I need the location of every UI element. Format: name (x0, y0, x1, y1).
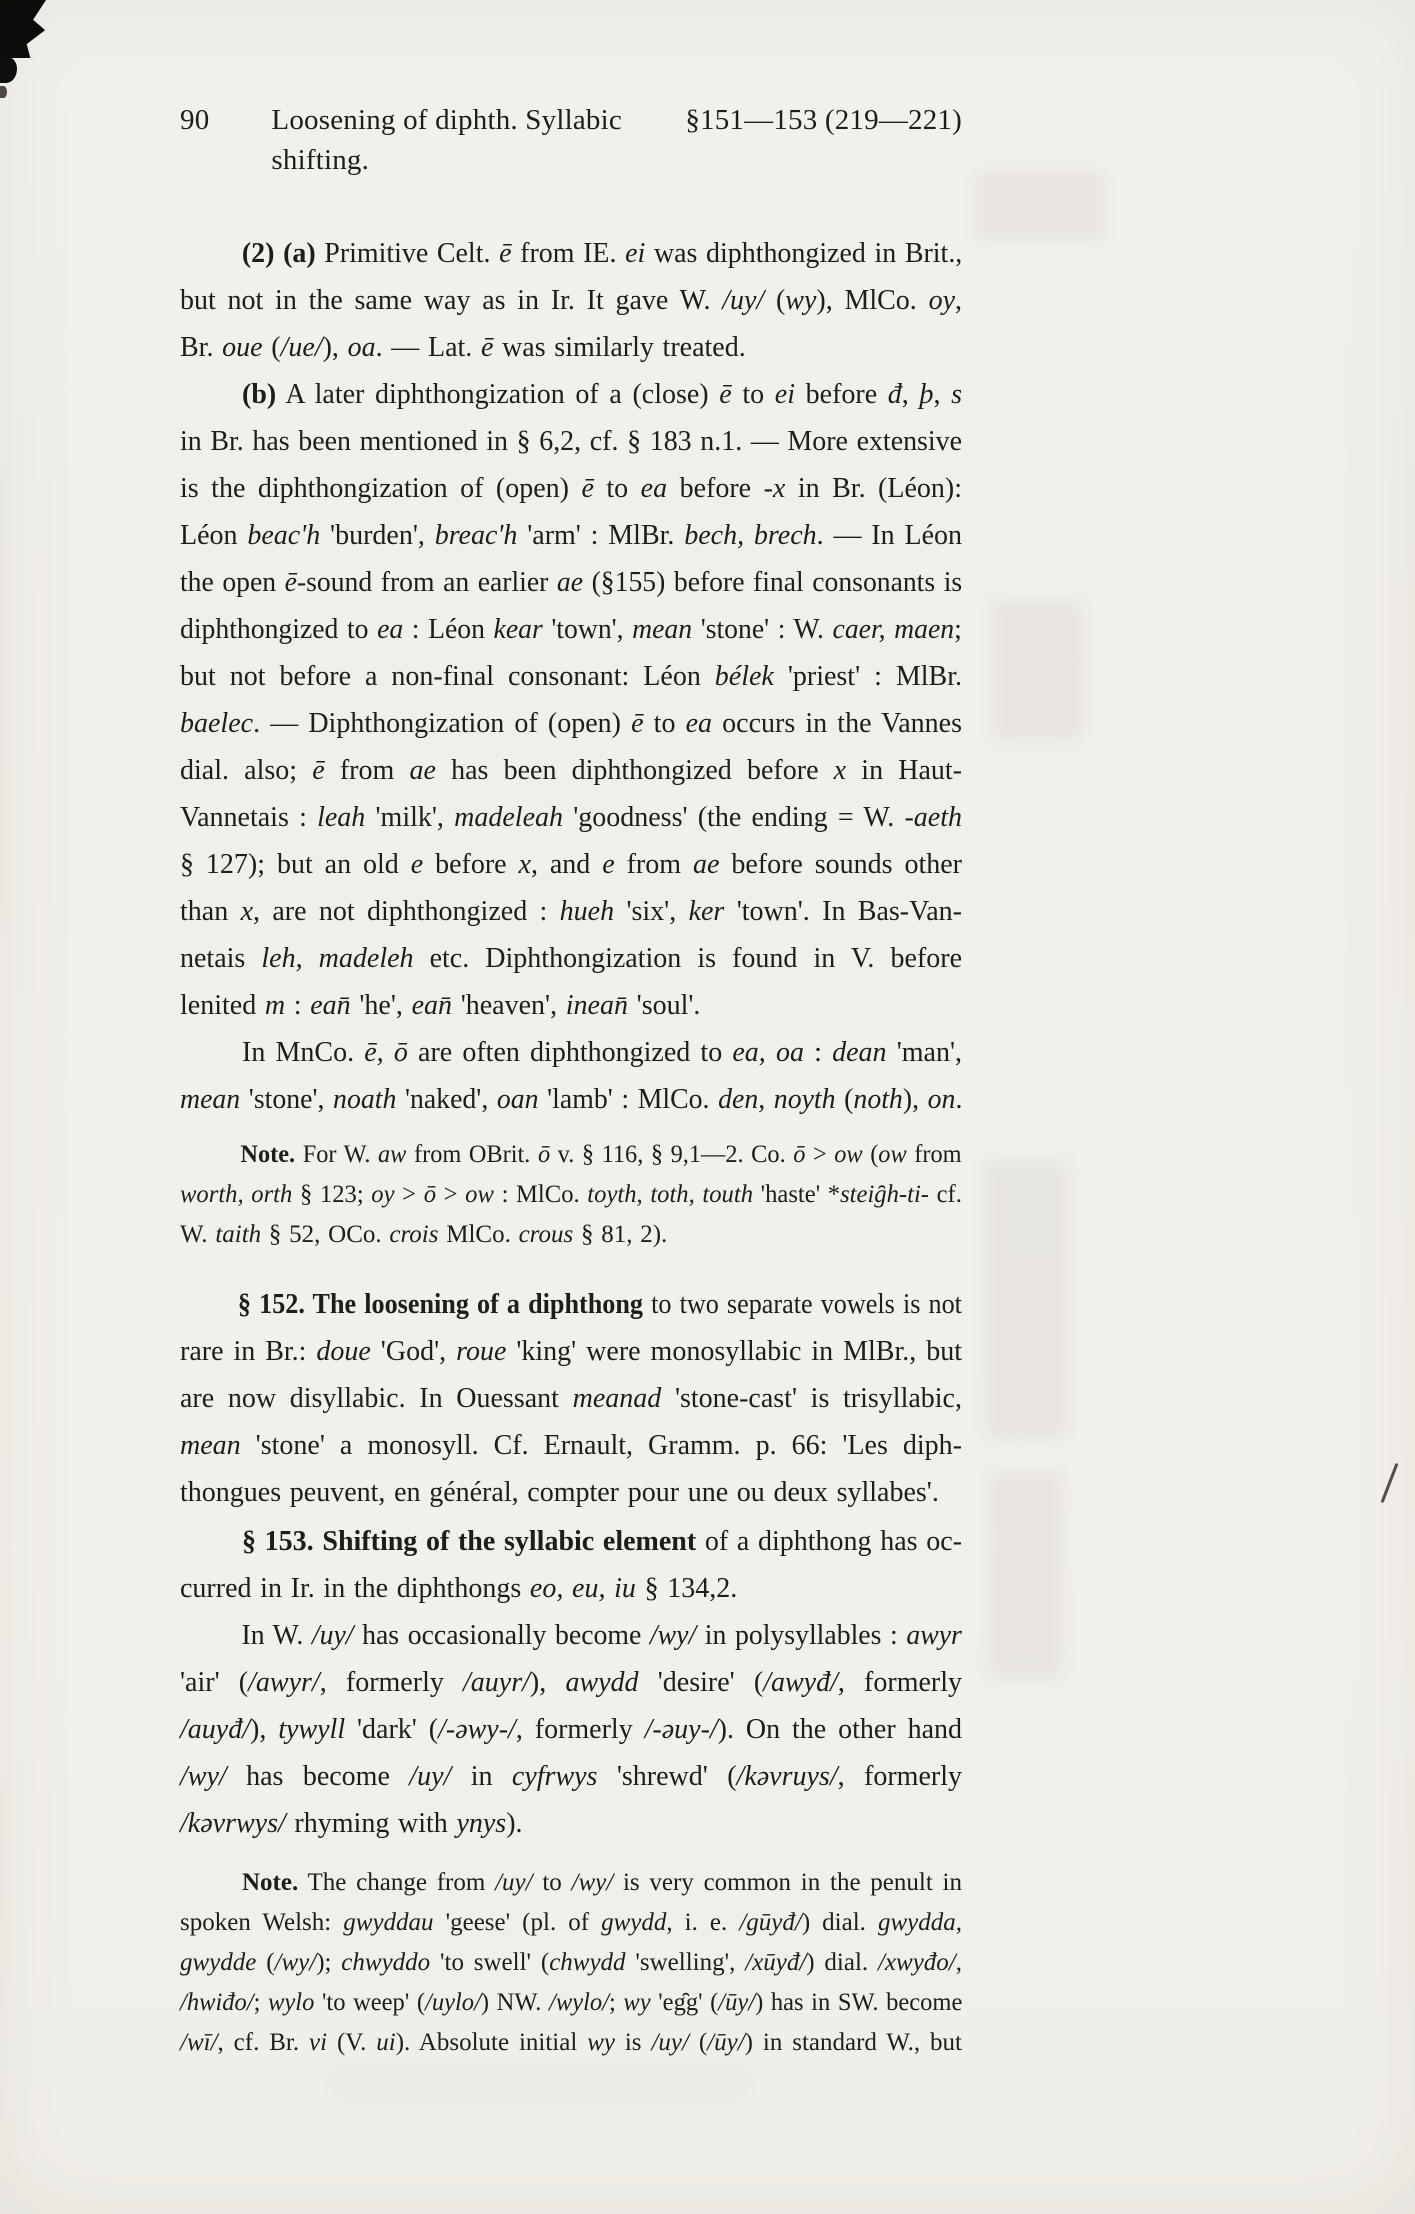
text-run: was diphthongized in Brit., (645, 238, 962, 269)
italic-run: breac'h (435, 520, 518, 551)
text-line: netais leh, madeleh etc. Diphthongizatio… (180, 935, 962, 982)
text-line: /kəvrwys/ rhyming with ynys). (180, 1800, 962, 1847)
text-run: is (615, 2029, 651, 2056)
text-run: 'dark' ( (345, 1714, 438, 1745)
text-line: § 152. The loosening of a diphthong to t… (180, 1281, 911, 1328)
text-line: /wī/, cf. Br. vi (V. ui). Absolute initi… (180, 2023, 962, 2063)
text-run: 'swelling', (626, 1949, 746, 1976)
text-run: spoken Welsh: (180, 1909, 343, 1936)
text-run: before sounds other (719, 849, 962, 880)
scan-edge-nub (0, 57, 17, 83)
italic-run: crous (519, 1221, 574, 1248)
italic-run: mean (180, 1430, 241, 1461)
italic-run: /ue/ (281, 332, 323, 363)
italic-run: gwydde (180, 1949, 256, 1976)
text-run: to (644, 708, 686, 739)
text-line: than x, are not diphthongized : hueh 'si… (180, 888, 962, 935)
bold-run: (2) (a) (242, 238, 316, 269)
italic-run: cyfrwys (512, 1761, 598, 1792)
text-block: 90 Loosening of diphth. Syllabic shiftin… (180, 100, 962, 2063)
text-line: (b) A later diphthongization of a (close… (180, 371, 962, 418)
text-run: of a diphthong has oc- (696, 1526, 962, 1557)
bold-run: Note. (240, 1141, 295, 1168)
italic-run: mean (632, 614, 692, 645)
bleedthrough-ghost (975, 170, 1105, 240)
text-run: 'geese' (pl. of (434, 1909, 602, 1936)
text-run: ( (764, 285, 785, 316)
text-run: rhyming with (286, 1808, 457, 1839)
italic-run: ae (693, 849, 719, 880)
text-run: ) dial. (806, 1949, 878, 1976)
text-line: gwydde (/wy/); chwyddo 'to swell' (chwyd… (180, 1943, 962, 1983)
italic-run: /xūyđ/ (745, 1949, 806, 1976)
running-title: Loosening of diphth. Syllabic shifting. (271, 100, 685, 180)
italic-run: oue (222, 332, 262, 363)
italic-run: ae (409, 755, 435, 786)
text-run: , formerly (516, 1714, 645, 1745)
text-run: 'milk', (365, 802, 454, 833)
italic-run: kear (494, 614, 543, 645)
text-line: mean 'stone', noath 'naked', oan 'lamb' … (180, 1076, 956, 1123)
text-line: baelec. — Diphthongization of (open) ē t… (180, 700, 962, 747)
text-run: curred in Ir. in the diphthongs (180, 1573, 530, 1604)
text-run: MlCo. (438, 1221, 518, 1248)
italic-run: ea, oa (732, 1037, 804, 1068)
italic-run: gwydd (601, 1909, 666, 1936)
italic-run: þ (919, 379, 933, 410)
text-run: 'man', (887, 1037, 962, 1068)
text-run: 'lamb' : MlCo. (539, 1084, 719, 1115)
italic-run: leah (317, 802, 365, 833)
text-line: /auyđ/), tywyll 'dark' (/-əwy-/, formerl… (180, 1706, 962, 1753)
italic-run: noath (333, 1084, 396, 1115)
italic-run: /wy/ (572, 1869, 614, 1896)
italic-run: gwyddau (343, 1909, 433, 1936)
italic-run: chwyddo (341, 1949, 430, 1976)
text-run: 'stone-cast' is trisyllabic, (661, 1383, 962, 1414)
italic-run: /ūy/ (718, 1989, 755, 2016)
text-line: § 153. Shifting of the syllabic element … (180, 1518, 962, 1565)
text-run: has been diphthongized before (436, 755, 834, 786)
italic-run: /uy/ (722, 285, 764, 316)
scan-scratch-mark (1381, 1463, 1399, 1503)
bleedthrough-ghost (330, 2060, 750, 2100)
text-run: ) in standard W., but (745, 2029, 962, 2056)
paragraph: (2) (a) Primitive Celt. ē from IE. ei wa… (180, 230, 962, 371)
text-run: > (395, 1181, 424, 1208)
text-run: W. (180, 1221, 215, 1248)
italic-run: den, noyth (718, 1084, 835, 1115)
text-run: 'shrewd' ( (597, 1761, 736, 1792)
italic-run: ē (312, 755, 324, 786)
text-run: 'goodness' (the ending = W. (563, 802, 904, 833)
text-run: was similarly treated. (493, 332, 745, 363)
text-line: W. taith § 52, OCo. crois MlCo. crous § … (180, 1215, 962, 1255)
italic-run: oa (348, 332, 376, 363)
text-line: Léon beac'h 'burden', breac'h 'arm' : Ml… (180, 512, 962, 559)
text-line: Note. For W. aw from OBrit. ō v. § 116, … (180, 1135, 942, 1175)
text-run: to two separate vowels is not (643, 1289, 962, 1320)
italic-run: ea (641, 473, 667, 504)
text-run: are often diphthongized to (408, 1037, 733, 1068)
page-number: 90 (180, 100, 209, 140)
text-line: the open ē-sound from an earlier ae (§15… (180, 559, 952, 606)
text-run: Vannetais : (180, 802, 317, 833)
text-run: ( (263, 332, 281, 363)
italic-run: on (928, 1084, 956, 1115)
italic-run: oy (371, 1181, 394, 1208)
text-run: ; (954, 614, 962, 645)
page-header: 90 Loosening of diphth. Syllabic shiftin… (180, 100, 962, 180)
text-run: 'heaven', (452, 990, 566, 1021)
text-run: For W. (295, 1141, 378, 1168)
italic-run: eo, eu, iu (530, 1573, 636, 1604)
paragraph: Note. For W. aw from OBrit. ō v. § 116, … (180, 1135, 962, 1255)
text-run: Br. (180, 332, 222, 363)
italic-run: /kəvruys/ (737, 1761, 838, 1792)
text-run: is very common in the penult in (613, 1869, 962, 1896)
italic-run: /awyr/ (248, 1667, 320, 1698)
text-run: A later diphthongization of a (close) (276, 379, 719, 410)
text-run: ), (530, 1667, 566, 1698)
text-run: (V. (327, 2029, 376, 2056)
text-run: . — In Léon (817, 520, 962, 551)
italic-run: e (411, 849, 423, 880)
text-run: . — Diphthongization of (open) (253, 708, 631, 739)
italic-run: ow (878, 1141, 906, 1168)
text-run: 'he', (351, 990, 412, 1021)
text-line: § 127); but an old e before x, and e fro… (180, 841, 962, 888)
paragraph: § 152. The loosening of a diphthong to t… (180, 1281, 962, 1516)
text-run: ( (863, 1141, 879, 1168)
italic-run: caer, maen (833, 614, 955, 645)
text-line: spoken Welsh: gwyddau 'geese' (pl. of gw… (180, 1903, 962, 1943)
text-run: from (615, 849, 693, 880)
text-run: ), (250, 1714, 278, 1745)
italic-run: m (265, 990, 285, 1021)
text-run: The change from (298, 1869, 495, 1896)
text-run: 'town', (543, 614, 632, 645)
text-run: in Br. (Léon): (785, 473, 962, 504)
italic-run: taith (215, 1221, 261, 1248)
text-line: In W. /uy/ has occasionally become /wy/ … (180, 1612, 955, 1659)
italic-run: dean (832, 1037, 886, 1068)
italic-run: noth (853, 1084, 902, 1115)
text-line: In MnCo. ē, ō are often diphthongized to… (180, 1029, 962, 1076)
text-run: : (285, 990, 310, 1021)
text-run: 'priest' : MlBr. (774, 661, 962, 692)
text-run: the open (180, 567, 285, 598)
italic-run: mean (180, 1084, 240, 1115)
italic-run: leh, madeleh (261, 943, 413, 974)
text-run: cf. (929, 1181, 962, 1208)
text-run: § 81, 2). (573, 1221, 667, 1248)
text-run: to (594, 473, 641, 504)
paragraph: § 153. Shifting of the syllabic element … (180, 1518, 962, 1612)
text-run: , formerly (838, 1667, 962, 1698)
text-line: /wy/ has become /uy/ in cyfrwys 'shrewd'… (180, 1753, 962, 1800)
text-line: dial. also; ē from ae has been diphthong… (180, 747, 962, 794)
text-run: ; (609, 1989, 623, 2016)
text-run: (§155) before final consonants is (583, 567, 962, 598)
text-run: 'to swell' ( (430, 1949, 549, 1976)
text-run: diphthongized to (180, 614, 377, 645)
bold-run: Note. (242, 1869, 298, 1896)
paragraph: In MnCo. ē, ō are often diphthongized to… (180, 1029, 962, 1123)
italic-run: x (241, 896, 253, 927)
italic-run: wylo (268, 1989, 314, 2016)
text-run: , i. e. (666, 1909, 739, 1936)
text-line: Br. oue (/ue/), oa. — Lat. ē was similar… (180, 324, 962, 371)
text-run: has occasionally become (353, 1620, 649, 1651)
italic-run: x (834, 755, 846, 786)
italic-run: s (951, 379, 962, 410)
text-run: 'God', (371, 1336, 456, 1367)
italic-run: ui (376, 2029, 395, 2056)
italic-run: aw (378, 1141, 406, 1168)
text-run: . — Lat. (376, 332, 481, 363)
bleedthrough-ghost (988, 1470, 1063, 1680)
bold-run: § 152. The loosening of a diphthong (238, 1289, 643, 1320)
italic-run: ea (377, 614, 403, 645)
italic-run: e (602, 849, 614, 880)
italic-run: ei (625, 238, 645, 269)
italic-run: ē (719, 379, 731, 410)
text-run: ). (506, 1808, 522, 1839)
italic-run: /awyđ/ (763, 1667, 838, 1698)
text-run: 'town'. In Bas-Van- (724, 896, 962, 927)
text-run: before (667, 473, 763, 504)
text-run: ), (323, 332, 348, 363)
text-line: in Br. has been mentioned in § 6,2, cf. … (180, 418, 960, 465)
text-line: but not in the same way as in Ir. It gav… (180, 277, 962, 324)
text-run: > (436, 1181, 465, 1208)
italic-run: ei (775, 379, 795, 410)
italic-run: ean̄ (412, 990, 452, 1021)
italic-run: madeleah (454, 802, 563, 833)
text-line: is the diphthongization of (open) ē to e… (180, 465, 962, 512)
text-run: lenited (180, 990, 265, 1021)
italic-run: ē (581, 473, 593, 504)
italic-run: baelec (180, 708, 253, 739)
italic-run: worth, orth (180, 1181, 292, 1208)
text-run: ( (836, 1084, 854, 1115)
bold-run: § 153. Shifting of the syllabic element (242, 1526, 696, 1557)
text-run: ; (254, 1989, 268, 2016)
italic-run: ō (538, 1141, 550, 1168)
text-run: netais (180, 943, 261, 974)
italic-run: đ (888, 379, 902, 410)
section-range: §151—153 (219—221) (685, 100, 962, 140)
text-line: 'air' (/awyr/, formerly /auyr/), awydd '… (180, 1659, 962, 1706)
italic-run: /uy/ (409, 1761, 451, 1792)
italic-run: wy (623, 1989, 650, 2016)
text-run: ); (316, 1949, 341, 1976)
italic-run: ō (424, 1181, 436, 1208)
text-run: is the diphthongization of (open) (180, 473, 581, 504)
text-run: § 127); but an old (180, 849, 411, 880)
text-run: : MlCo. (494, 1181, 587, 1208)
bleedthrough-ghost (984, 1160, 1069, 1440)
text-run: § 52, OCo. (261, 1221, 389, 1248)
italic-run: ē (481, 332, 493, 363)
italic-run: /uylo/ (425, 1989, 481, 2016)
text-run: ), MlCo. (816, 285, 928, 316)
italic-run: steig̑h-ti- (840, 1181, 929, 1208)
italic-run: ker (689, 896, 725, 927)
italic-run: ynys (456, 1808, 506, 1839)
italic-run: awydd (565, 1667, 638, 1698)
italic-run: ow (834, 1141, 862, 1168)
paragraph: In W. /uy/ has occasionally become /wy/ … (180, 1612, 962, 1847)
paragraph: Note. The change from /uy/ to /wy/ is ve… (180, 1863, 962, 2063)
text-run: . (955, 1084, 962, 1115)
text-run: > (805, 1141, 834, 1168)
text-line: diphthongized to ea : Léon kear 'town', … (180, 606, 953, 653)
text-run: from (325, 755, 410, 786)
text-run: 'eg̑g' ( (651, 1989, 719, 2016)
italic-run: /-əwy-/ (438, 1714, 516, 1745)
text-run: 'desire' ( (639, 1667, 764, 1698)
text-run: 'six', (614, 896, 688, 927)
italic-run: ea (686, 708, 712, 739)
italic-run: /gūyđ/ (739, 1909, 802, 1936)
italic-run: inean̄ (566, 990, 628, 1021)
italic-run: /wy/ (275, 1949, 317, 1976)
bold-run: (b) (242, 379, 276, 410)
italic-run: /uy/ (312, 1620, 354, 1651)
italic-run: bélek (715, 661, 774, 692)
italic-run: wy (785, 285, 816, 316)
italic-run: /wī/ (180, 2029, 218, 2056)
italic-run: ae (557, 567, 583, 598)
text-line: worth, orth § 123; oy > ō > ow : MlCo. t… (180, 1175, 950, 1215)
text-run: § 123; (292, 1181, 371, 1208)
italic-run: tywyll (278, 1714, 345, 1745)
italic-run: /auyr/ (463, 1667, 530, 1698)
text-run: rare in Br.: (180, 1336, 316, 1367)
text-run: 'haste' * (753, 1181, 840, 1208)
text-run: in Br. has been mentioned in § 6,2, cf. … (180, 426, 962, 457)
italic-run: ō (793, 1141, 805, 1168)
text-run: has become (227, 1761, 410, 1792)
text-run: are now disyllabic. In Ouessant (180, 1383, 573, 1414)
text-run: before (795, 379, 888, 410)
italic-run: /kəvrwys/ (180, 1808, 286, 1839)
italic-run: crois (389, 1221, 438, 1248)
text-run: , (955, 285, 962, 316)
text-run: etc. Diphthongization is found in V. bef… (414, 943, 962, 974)
italic-run: vi (309, 2029, 327, 2056)
text-run: , (956, 1909, 962, 1936)
italic-run: /wy/ (180, 1761, 227, 1792)
italic-run: /uy/ (495, 1869, 533, 1896)
text-run: : (804, 1037, 832, 1068)
text-line: mean 'stone' a monosyll. Cf. Ernault, Gr… (180, 1422, 962, 1469)
text-run: but not in the same way as in Ir. It gav… (180, 285, 722, 316)
italic-run: ē (499, 238, 511, 269)
italic-run: beac'h (247, 520, 320, 551)
text-run: thongues peuvent, en général, compter po… (180, 1477, 939, 1508)
italic-run: ow (465, 1181, 494, 1208)
text-line: (2) (a) Primitive Celt. ē from IE. ei wa… (180, 230, 960, 277)
text-run: ) dial. (802, 1909, 878, 1936)
italic-run: meanad (573, 1383, 662, 1414)
text-run: 'to weep' ( (314, 1989, 425, 2016)
italic-run: ē, ō (364, 1037, 408, 1068)
text-run: 'stone' a monosyll. Cf. Ernault, Gramm. … (241, 1430, 962, 1461)
text-run: dial. also; (180, 755, 312, 786)
text-run: 'arm' : MlBr. (517, 520, 684, 551)
text-run: , and (531, 849, 602, 880)
text-run: 'burden', (320, 520, 435, 551)
italic-run: /xwyđo/ (878, 1949, 956, 1976)
italic-run: /ūy/ (707, 2029, 745, 2056)
italic-run: /uy/ (651, 2029, 689, 2056)
text-run: but not before a non-final consonant: Lé… (180, 661, 715, 692)
text-line: /hwiđo/; wylo 'to weep' (/uylo/) NW. /wy… (180, 1983, 947, 2023)
text-line: curred in Ir. in the diphthongs eo, eu, … (180, 1565, 962, 1612)
text-run: Léon (180, 520, 247, 551)
text-run: 'soul'. (628, 990, 700, 1021)
text-run: 'king' were monosyllabic in MlBr., but (506, 1336, 962, 1367)
italic-run: ean̄ (310, 990, 350, 1021)
scan-edge-blob (0, 0, 46, 58)
text-line: Note. The change from /uy/ to /wy/ is ve… (180, 1863, 962, 1903)
text-line: are now disyllabic. In Ouessant meanad '… (180, 1375, 962, 1422)
italic-run: wy (587, 2029, 615, 2056)
text-run: ( (256, 1949, 274, 1976)
italic-run: gwydda (878, 1909, 956, 1936)
text-run: v. § 116, § 9,1—2. Co. (550, 1141, 793, 1168)
text-line: thongues peuvent, en général, compter po… (180, 1469, 962, 1516)
text-run: to (732, 379, 775, 410)
text-run: than (180, 896, 241, 927)
italic-run: x (519, 849, 531, 880)
italic-run: /auyđ/ (180, 1714, 250, 1745)
text-run: In W. (241, 1620, 311, 1651)
italic-run: chwydd (549, 1949, 625, 1976)
italic-run: doue (316, 1336, 370, 1367)
text-run: before (423, 849, 518, 880)
text-run: § 134,2. (636, 1573, 737, 1604)
paragraphs-container: (2) (a) Primitive Celt. ē from IE. ei wa… (180, 230, 962, 2063)
text-run: 'stone' : W. (692, 614, 832, 645)
bleedthrough-ghost (992, 600, 1082, 740)
paragraph: (b) A later diphthongization of a (close… (180, 371, 962, 1029)
italic-run: awyr (906, 1620, 962, 1651)
text-run: in Haut- (846, 755, 962, 786)
italic-run: -aeth (904, 802, 962, 833)
text-run: ), (903, 1084, 928, 1115)
text-line: Vannetais : leah 'milk', madeleah 'goodn… (180, 794, 962, 841)
text-run: 'naked', (396, 1084, 497, 1115)
text-run: -sound from an earlier (297, 567, 557, 598)
text-run: ). Absolute initial (396, 2029, 587, 2056)
text-run: , cf. Br. (218, 2029, 309, 2056)
text-run: ). On the other hand (718, 1714, 962, 1745)
text-run: to (533, 1869, 572, 1896)
text-run: ) NW. (481, 1989, 549, 2016)
text-run: from IE. (512, 238, 626, 269)
italic-run: ē (631, 708, 643, 739)
text-run: ( (689, 2029, 707, 2056)
italic-run: ē (285, 567, 297, 598)
text-run: Primitive Celt. (316, 238, 499, 269)
text-run: , (902, 379, 920, 410)
scan-edge-speck (0, 86, 7, 98)
text-run: 'air' ( (180, 1667, 248, 1698)
